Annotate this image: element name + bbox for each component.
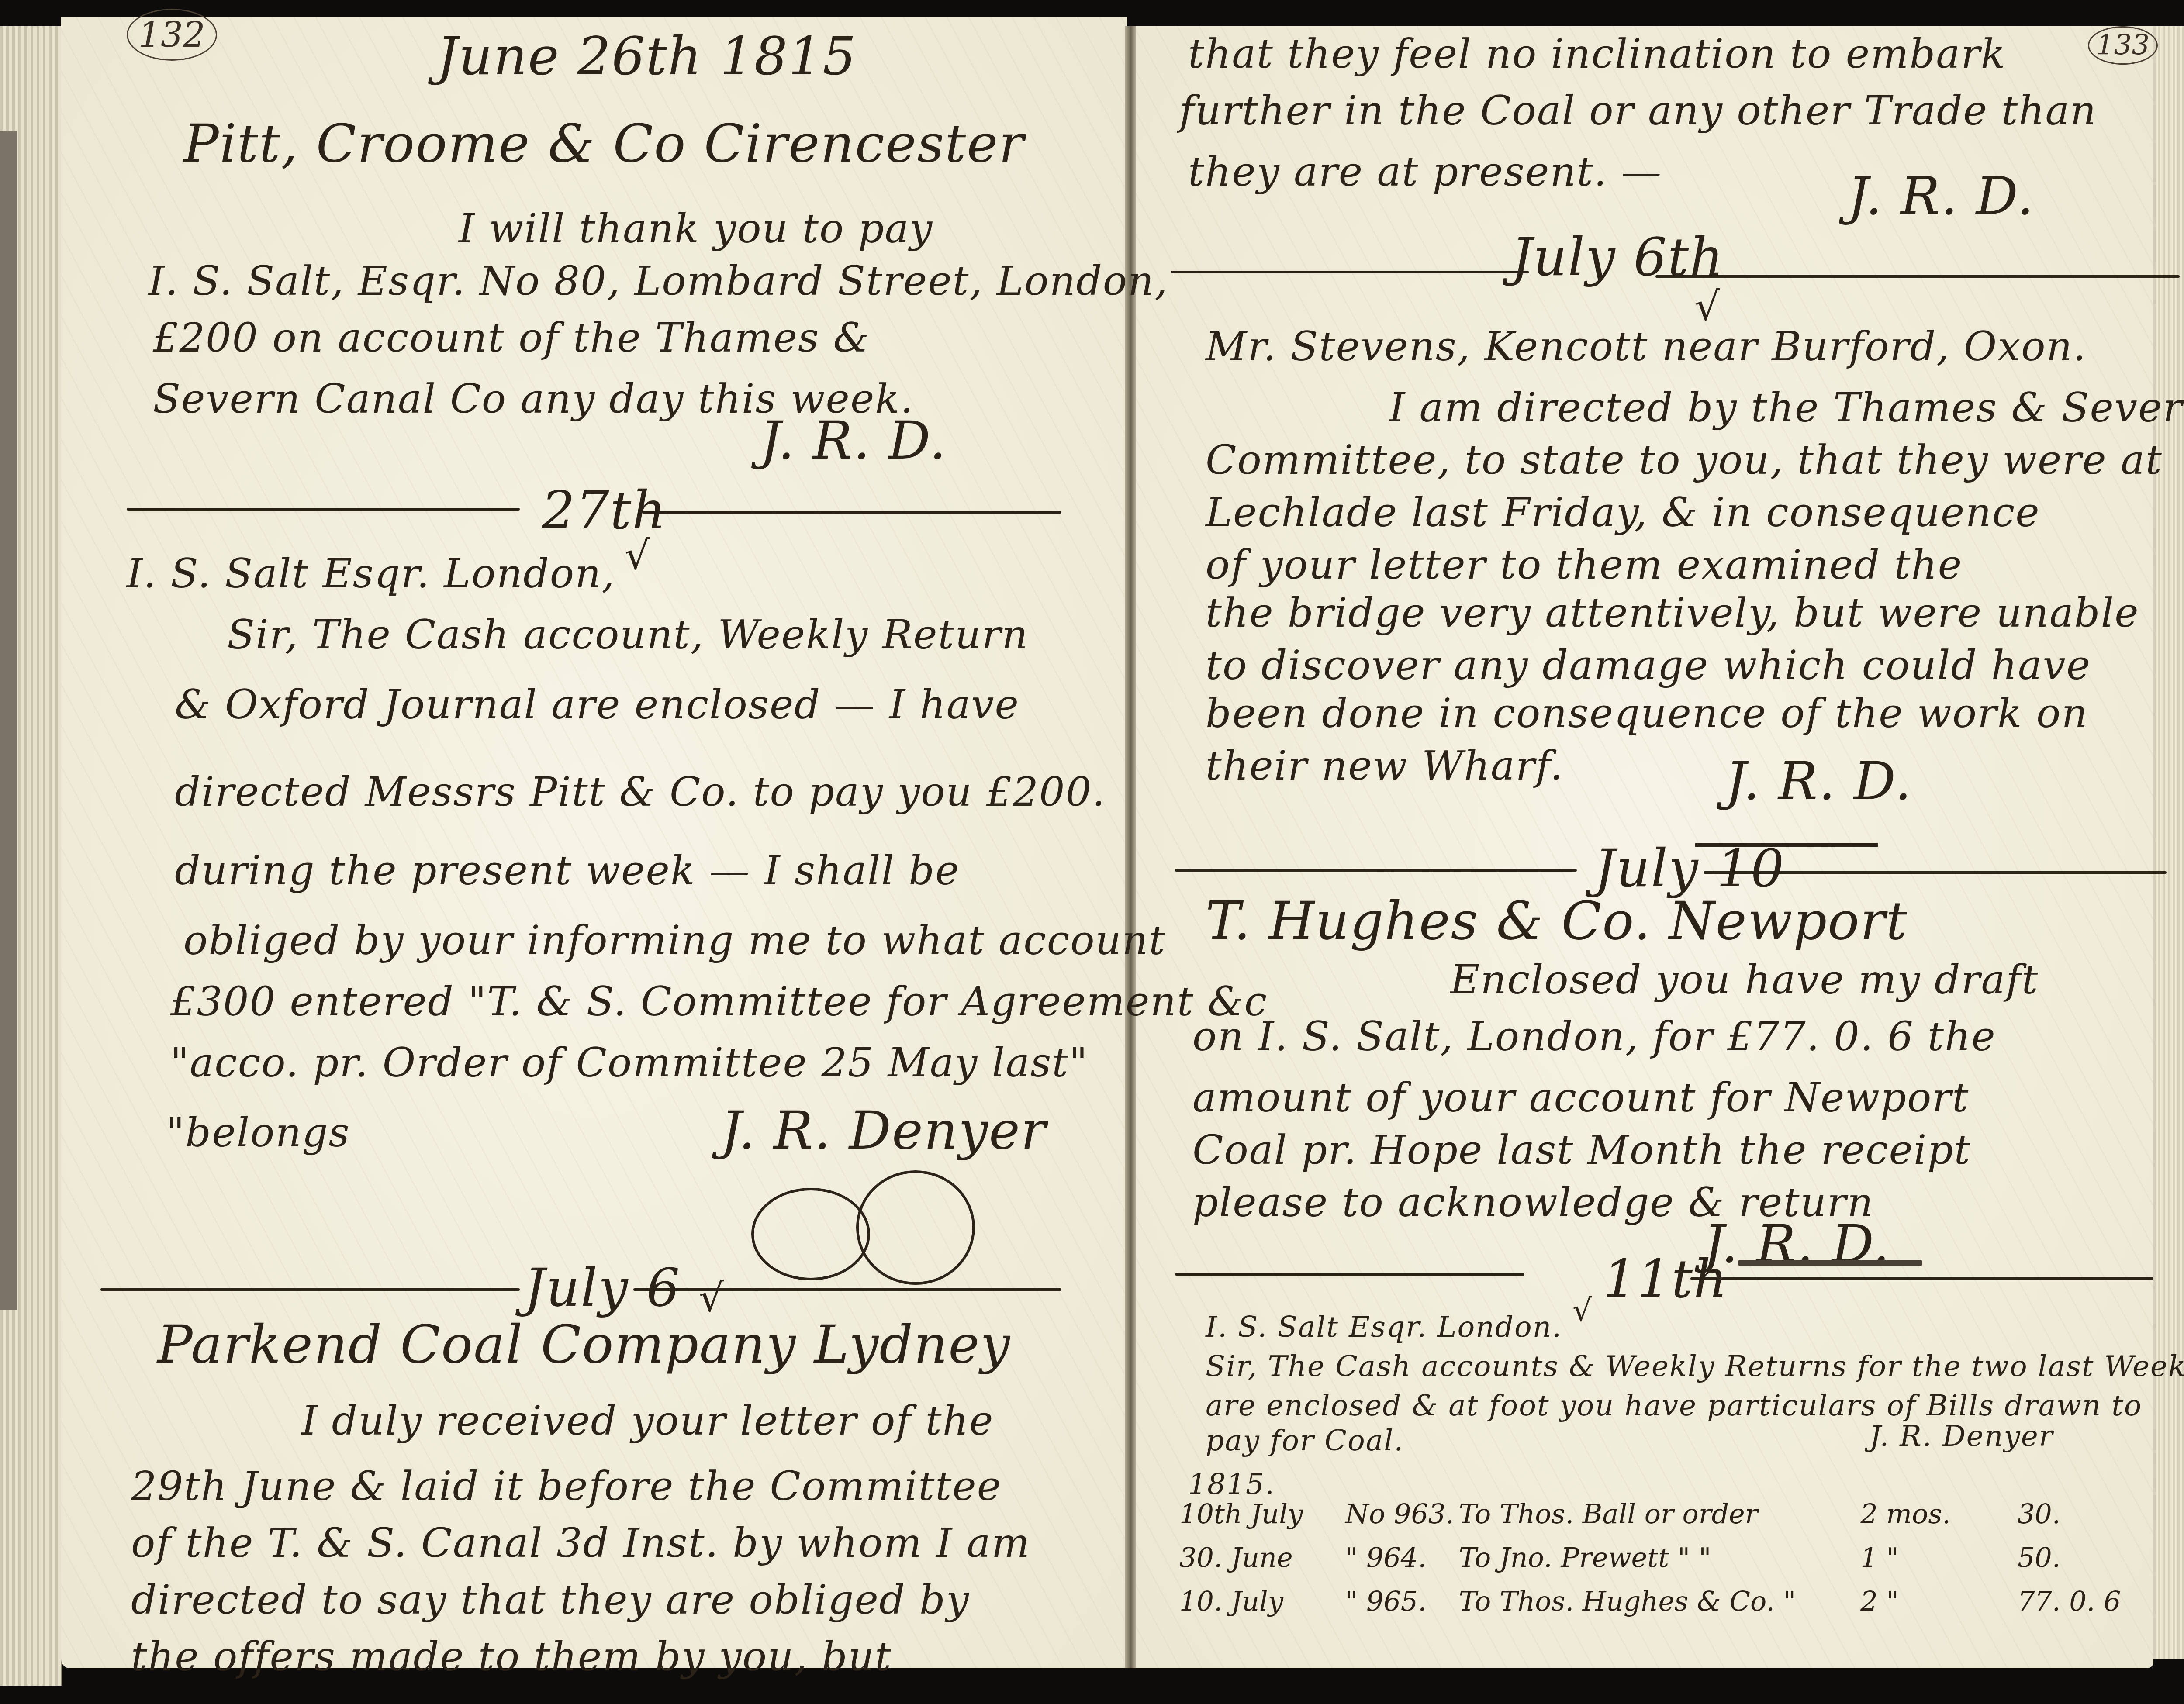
page-number-right: 133 — [2088, 26, 2158, 65]
ledger-date: 10. July — [1179, 1585, 1337, 1617]
letter-line: further in the Coal or any other Trade t… — [1179, 87, 2097, 134]
letter-line: they are at present. — — [1188, 148, 1662, 195]
letter-line: amount of your account for Newport — [1192, 1074, 1969, 1121]
letter-line: I will thank you to pay — [459, 205, 933, 252]
letter-line: I. S. Salt, Esqr. No 80, Lombard Street,… — [149, 258, 1168, 304]
ink-blot-stroke — [1738, 1260, 1922, 1266]
ledger-date: 30. June — [1179, 1542, 1337, 1573]
ledger-row: 10. July " 965. To Thos. Hughes & Co. " … — [1179, 1585, 2149, 1617]
letter-line: of the T. & S. Canal 3d Inst. by whom I … — [131, 1520, 1030, 1566]
letter-line: "acco. pr. Order of Committee 25 May las… — [170, 1039, 1089, 1086]
signature-flourish — [751, 1188, 870, 1280]
entry-addressee: Pitt, Croome & Co Cirencester — [183, 114, 1025, 174]
letter-line: the bridge very attentively, but were un… — [1206, 590, 2139, 636]
letter-line: during the present week — I shall be — [175, 847, 960, 894]
entry-divider — [642, 511, 1061, 514]
ledger-term: 2 mos. — [1860, 1498, 2009, 1530]
letter-line: Lechlade last Friday, & in consequence — [1206, 489, 2040, 536]
ledger-amount: 77. 0. 6 — [2018, 1585, 2149, 1617]
entry-divider — [633, 1288, 1061, 1291]
ledger-bill-number: " 964. — [1345, 1542, 1450, 1573]
page-number-left: 132 — [127, 9, 217, 61]
letter-line: to discover any damage which could have — [1206, 642, 2091, 689]
ledger-payee: To Thos. Hughes & Co. " — [1458, 1585, 1852, 1617]
ledger-payee: To Jno. Prewett " " — [1458, 1542, 1852, 1573]
letter-line: the offers made to them by you, but — [131, 1633, 892, 1680]
entry-addressee: I. S. Salt Esqr. London, — [127, 550, 615, 597]
letter-line: & Oxford Journal are enclosed — I have — [175, 681, 1019, 728]
ledger-amount: 30. — [2018, 1498, 2149, 1530]
letter-line: £300 entered "T. & S. Committee for Agre… — [170, 978, 1268, 1025]
entry-divider — [1175, 1273, 1524, 1276]
letter-line: I duly received your letter of the — [301, 1397, 994, 1444]
signature: J. R. D. — [1725, 751, 1912, 812]
entry-addressee: Mr. Stevens, Kencott near Burford, Oxon. — [1206, 323, 2087, 370]
entry-divider — [1690, 1277, 2153, 1280]
letter-line: Enclosed you have my draft — [1450, 956, 2039, 1003]
checkmark-icon: √ — [1572, 1293, 1592, 1328]
letter-line: £200 on account of the Thames & — [153, 314, 870, 361]
letter-line: directed to say that they are obliged by — [131, 1576, 970, 1623]
ledger-bill-number: " 965. — [1345, 1585, 1450, 1617]
signature: J. R. Denyer — [721, 1100, 1047, 1161]
entry-addressee: Parkend Coal Company Lydney — [157, 1314, 1011, 1375]
torn-cover-edge — [0, 131, 17, 1310]
letter-line: obliged by your informing me to what acc… — [183, 917, 1166, 964]
ledger-row: 30. June " 964. To Jno. Prewett " " 1 " … — [1179, 1542, 2149, 1573]
letter-line: their new Wharf. — [1206, 742, 1564, 789]
entry-date: June 26th 1815 — [437, 26, 857, 87]
ledger-payee: To Thos. Ball or order — [1458, 1498, 1852, 1530]
entry-addressee: I. S. Salt Esqr. London. — [1206, 1310, 1562, 1344]
ledger-amount: 50. — [2018, 1542, 2149, 1573]
ledger-bill-number: No 963. — [1345, 1498, 1450, 1530]
ledger-year: 1815. — [1188, 1467, 1275, 1501]
entry-divider — [127, 508, 520, 511]
entry-date: July 6 — [524, 1258, 681, 1318]
signature: J. R. D. — [760, 410, 947, 471]
right-page-stack-edge — [2153, 26, 2184, 1659]
letter-line: that they feel no inclination to embark — [1188, 31, 2006, 77]
letter-line: I am directed by the Thames & Severn — [1389, 384, 2184, 431]
letter-line: directed Messrs Pitt & Co. to pay you £2… — [175, 769, 1106, 815]
entry-divider — [1655, 275, 2180, 278]
letter-line: been done in consequence of the work on — [1206, 690, 2088, 737]
entry-divider — [100, 1288, 520, 1291]
entry-date: 11th — [1603, 1249, 1728, 1310]
checkmark-icon: √ — [625, 533, 650, 579]
letter-line: Sir, The Cash accounts & Weekly Returns … — [1206, 1349, 2184, 1383]
entry-date: July 10 — [1594, 838, 1785, 899]
open-letter-book: 132 June 26th 1815 Pitt, Croome & Co Cir… — [0, 0, 2184, 1704]
letter-line: Coal pr. Hope last Month the receipt — [1192, 1127, 1971, 1173]
letter-line: Sir, The Cash account, Weekly Return — [227, 611, 1029, 658]
ledger-date: 10th July — [1179, 1498, 1337, 1530]
entry-date: 27th — [542, 480, 667, 541]
entry-addressee: T. Hughes & Co. Newport — [1206, 891, 1908, 952]
letter-line: Committee, to state to you, that they we… — [1206, 437, 2163, 483]
signature: J. R. D. — [1848, 166, 2035, 227]
ledger-term: 2 " — [1860, 1585, 2009, 1617]
ledger-term: 1 " — [1860, 1542, 2009, 1573]
entry-date: July 6th — [1511, 227, 1724, 288]
entry-divider — [1175, 869, 1577, 872]
letter-line: on I. S. Salt, London, for £77. 0. 6 the — [1192, 1013, 1996, 1060]
letter-line: "belongs — [166, 1109, 350, 1156]
signature: J. R. Denyer — [1870, 1419, 2053, 1453]
entry-divider — [1171, 271, 1529, 273]
letter-line: of your letter to them examined the — [1206, 542, 1963, 588]
signature-flourish — [856, 1170, 975, 1285]
letter-line: are enclosed & at foot you have particul… — [1206, 1389, 2142, 1422]
ledger-row: 10th July No 963. To Thos. Ball or order… — [1179, 1498, 2149, 1530]
letter-line: pay for Coal. — [1206, 1424, 1404, 1457]
letter-line: 29th June & laid it before the Committee — [131, 1463, 1002, 1510]
